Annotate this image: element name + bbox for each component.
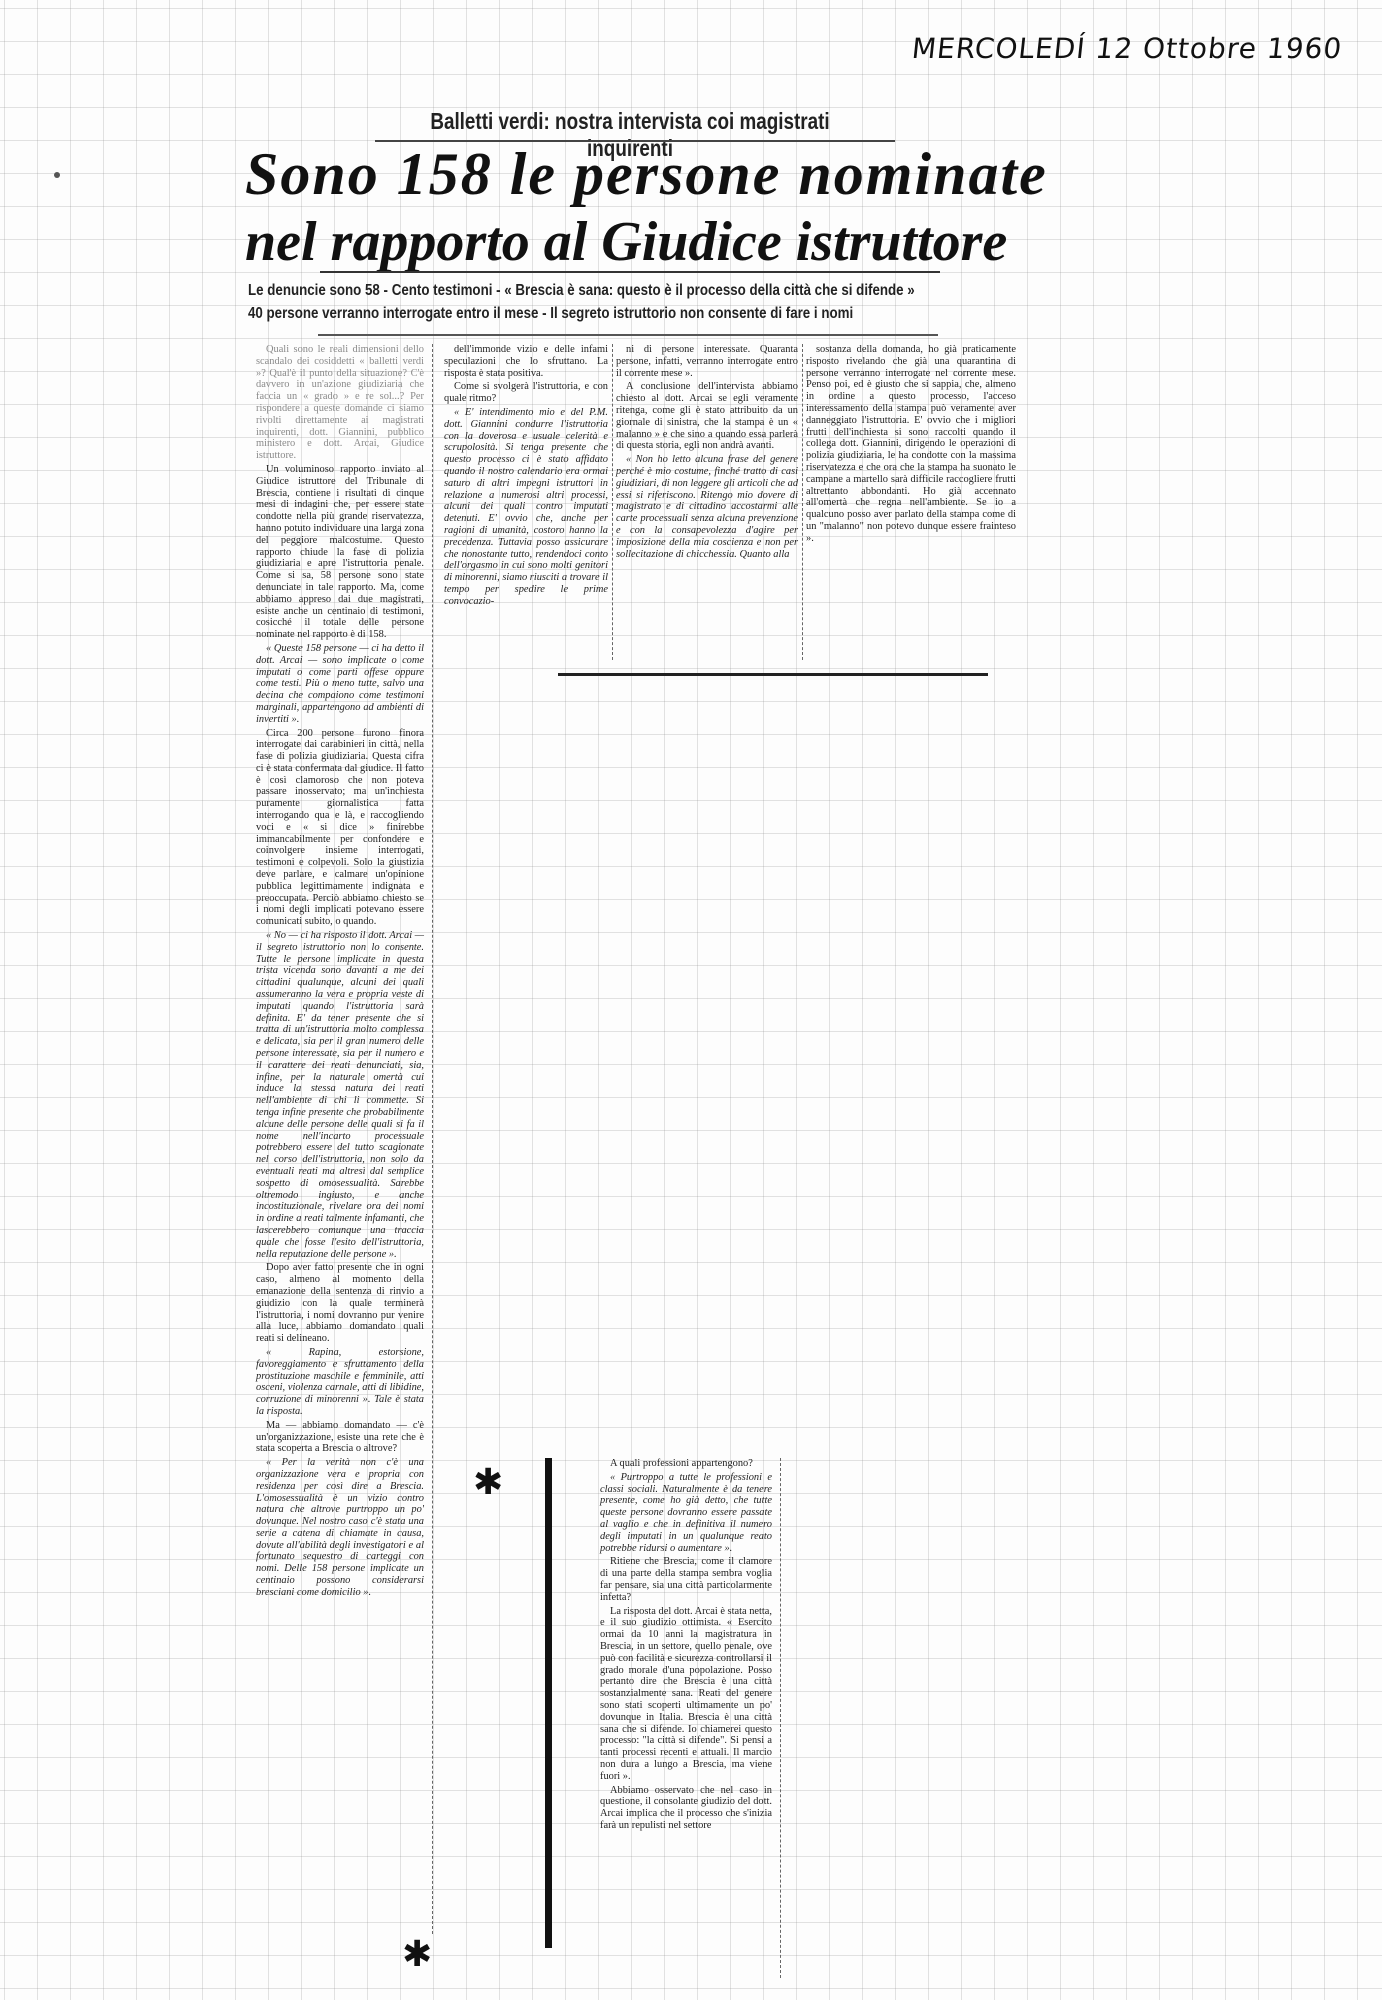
article-paragraph: Circa 200 persone furono finora interrog… [256, 728, 424, 929]
article-paragraph: dell'immonde vizio e delle infami specul… [444, 344, 608, 379]
column-separator [432, 344, 433, 1934]
article-paragraph: « Queste 158 persone — ci ha detto il do… [256, 643, 424, 726]
article-paragraph: Come si svolgerà l'istruttoria, e con qu… [444, 381, 608, 405]
section-end-rule [558, 673, 988, 676]
headline-line-2: nel rapporto al Giudice istruttore [245, 210, 1025, 274]
ink-smudge [54, 172, 60, 178]
article-paragraph: « Non ho letto alcuna frase del genere p… [616, 454, 798, 560]
article-paragraph: Quali sono le reali dimensioni dello sca… [256, 344, 424, 462]
article-paragraph: « Purtroppo a tutte le professioni e cla… [600, 1472, 772, 1555]
article-column-5: A quali professioni appartengono?« Purtr… [600, 1458, 772, 1978]
headline-line-1: Sono 158 le persone nominate [245, 140, 1025, 209]
article-paragraph: Dopo aver fatto presente che in ogni cas… [256, 1262, 424, 1345]
article-column-1: Quali sono le reali dimensioni dello sca… [256, 344, 424, 1924]
headline-rule [320, 271, 940, 273]
article-paragraph: A conclusione dell'intervista abbiamo ch… [616, 381, 798, 452]
asterisk-mark-icon: ✱ [402, 1937, 432, 1973]
deck-line-2: 40 persone verranno interrogate entro il… [248, 305, 936, 323]
column-bar [545, 1458, 552, 1948]
article-paragraph: Ma — abbiamo domandato — c'è un'organizz… [256, 1420, 424, 1455]
article-column-4: sostanza della domanda, ho già praticame… [806, 344, 1016, 654]
article-paragraph: ni di persone interessate. Quaranta pers… [616, 344, 798, 379]
article-paragraph: « Rapina, estorsione, favoreggiamento e … [256, 1347, 424, 1418]
handwritten-date: MERCOLEDÍ 12 Ottobre 1960 [910, 32, 1344, 65]
deck-line-1: Le denuncie sono 58 - Cento testimoni - … [248, 282, 936, 300]
article-paragraph: sostanza della domanda, ho già praticame… [806, 344, 1016, 545]
column-separator [780, 1458, 781, 1978]
article-paragraph: Ritiene che Brescia, come il clamore di … [600, 1556, 772, 1603]
deck-rule [318, 334, 938, 336]
article-paragraph: La risposta del dott. Arcai è stata nett… [600, 1606, 772, 1783]
column-separator [802, 344, 803, 660]
article-paragraph: A quali professioni appartengono? [600, 1458, 772, 1470]
article-column-3: ni di persone interessate. Quaranta pers… [616, 344, 798, 654]
article-paragraph: « E' intendimento mio e del P.M. dott. G… [444, 407, 608, 608]
article-paragraph: Un voluminoso rapporto inviato al Giudic… [256, 464, 424, 641]
asterisk-mark-icon: ✱ [473, 1465, 503, 1501]
article-column-2: dell'immonde vizio e delle infami specul… [444, 344, 608, 654]
article-paragraph: Abbiamo osservato che nel caso in questi… [600, 1785, 772, 1832]
article-paragraph: « No — ci ha risposto il dott. Arcai — i… [256, 930, 424, 1260]
column-separator [612, 344, 613, 660]
article-paragraph: « Per la verità non c'è una organizzazio… [256, 1457, 424, 1599]
